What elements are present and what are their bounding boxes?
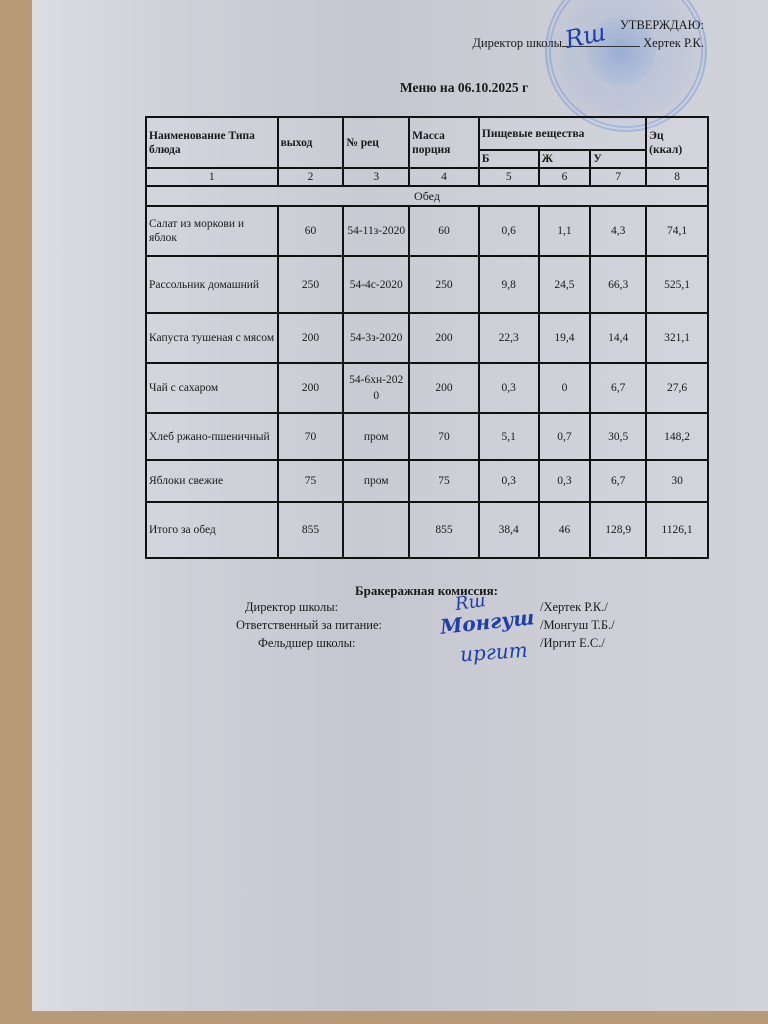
- cell-recipe: пром: [343, 413, 409, 460]
- column-number: 7: [590, 168, 646, 186]
- cell-fat: 19,4: [539, 313, 591, 363]
- cell-name: Хлеб ржано-пшеничный: [146, 413, 278, 460]
- member-role: Ответственный за питание:: [236, 618, 382, 633]
- cell-output: 200: [278, 313, 344, 363]
- total-carbs: 128,9: [590, 502, 646, 558]
- cell-output: 60: [278, 206, 344, 256]
- table-row: Хлеб ржано-пшеничный70пром705,10,730,514…: [146, 413, 708, 460]
- section-row: Обед: [146, 186, 708, 206]
- cell-fat: 0: [539, 363, 591, 413]
- total-recipe: [343, 502, 409, 558]
- medic-signature: иргит: [459, 638, 528, 667]
- cell-carbs: 66,3: [590, 256, 646, 313]
- header-energy-top: Эц: [649, 130, 663, 142]
- column-number: 5: [479, 168, 539, 186]
- cell-recipe: 54-6хн-2020: [343, 363, 409, 413]
- member-role: Фельдшер школы:: [258, 636, 356, 651]
- member-role: Директор школы:: [245, 600, 338, 615]
- column-number: 8: [646, 168, 708, 186]
- cell-output: 75: [278, 460, 344, 502]
- header-carbs: У: [590, 150, 646, 168]
- cell-recipe: 54-4с-2020: [343, 256, 409, 313]
- table-row: Капуста тушеная с мясом20054-3з-20202002…: [146, 313, 708, 363]
- header-protein: Б: [479, 150, 539, 168]
- header-energy: Эц(ккал): [646, 117, 708, 168]
- section-label: Обед: [146, 186, 708, 206]
- cell-energy: 321,1: [646, 313, 708, 363]
- cell-name: Салат из моркови и яблок: [146, 206, 278, 256]
- cell-energy: 148,2: [646, 413, 708, 460]
- column-number: 6: [539, 168, 591, 186]
- cell-carbs: 14,4: [590, 313, 646, 363]
- cell-carbs: 4,3: [590, 206, 646, 256]
- cell-protein: 22,3: [479, 313, 539, 363]
- cell-mass: 75: [409, 460, 479, 502]
- cell-output: 70: [278, 413, 344, 460]
- cell-energy: 525,1: [646, 256, 708, 313]
- total-mass: 855: [409, 502, 479, 558]
- cell-name: Чай с сахаром: [146, 363, 278, 413]
- cell-energy: 27,6: [646, 363, 708, 413]
- cell-mass: 60: [409, 206, 479, 256]
- header-recipe: № рец: [343, 117, 409, 168]
- header-mass: Масса порция: [409, 117, 479, 168]
- total-row: Итого за обед 855 855 38,4 46 128,9 1126…: [146, 502, 708, 558]
- cell-protein: 0,3: [479, 460, 539, 502]
- column-number: 2: [278, 168, 344, 186]
- approval-position: Директор школы: [472, 36, 562, 50]
- total-output: 855: [278, 502, 344, 558]
- cell-protein: 0,3: [479, 363, 539, 413]
- menu-table: Наименование Типа блюда выход № рец Масс…: [145, 116, 709, 559]
- member-name: /Хертек Р.К./: [540, 600, 608, 615]
- cell-recipe: пром: [343, 460, 409, 502]
- cell-name: Рассольник домашний: [146, 256, 278, 313]
- header-energy-bottom: (ккал): [649, 144, 682, 156]
- header-output: выход: [278, 117, 344, 168]
- cell-fat: 24,5: [539, 256, 591, 313]
- column-number: 4: [409, 168, 479, 186]
- page-title: Меню на 06.10.2025 г: [0, 80, 768, 96]
- cell-carbs: 6,7: [590, 363, 646, 413]
- cell-energy: 30: [646, 460, 708, 502]
- cell-carbs: 6,7: [590, 460, 646, 502]
- cell-mass: 200: [409, 313, 479, 363]
- table-row: Салат из моркови и яблок6054-11з-2020600…: [146, 206, 708, 256]
- member-name: /Иргит Е.С./: [540, 636, 605, 651]
- cell-carbs: 30,5: [590, 413, 646, 460]
- column-number: 1: [146, 168, 278, 186]
- table-row: Яблоки свежие75пром750,30,36,730: [146, 460, 708, 502]
- cell-protein: 0,6: [479, 206, 539, 256]
- cell-protein: 9,8: [479, 256, 539, 313]
- total-protein: 38,4: [479, 502, 539, 558]
- table-row: Рассольник домашний25054-4с-20202509,824…: [146, 256, 708, 313]
- cell-recipe: 54-3з-2020: [343, 313, 409, 363]
- header-row: Наименование Типа блюда выход № рец Масс…: [146, 117, 708, 150]
- cell-mass: 200: [409, 363, 479, 413]
- cell-mass: 250: [409, 256, 479, 313]
- cell-name: Яблоки свежие: [146, 460, 278, 502]
- member-name: /Монгуш Т.Б./: [540, 618, 615, 633]
- cell-fat: 1,1: [539, 206, 591, 256]
- column-number-row: 1 2 3 4 5 6 7 8: [146, 168, 708, 186]
- header-name: Наименование Типа блюда: [146, 117, 278, 168]
- table-row: Чай с сахаром20054-6хн-20202000,306,727,…: [146, 363, 708, 413]
- cell-fat: 0,3: [539, 460, 591, 502]
- cell-recipe: 54-11з-2020: [343, 206, 409, 256]
- header-fat: Ж: [539, 150, 591, 168]
- cell-mass: 70: [409, 413, 479, 460]
- cell-protein: 5,1: [479, 413, 539, 460]
- total-fat: 46: [539, 502, 591, 558]
- total-label: Итого за обед: [146, 502, 278, 558]
- total-energy: 1126,1: [646, 502, 708, 558]
- cell-name: Капуста тушеная с мясом: [146, 313, 278, 363]
- cell-output: 200: [278, 363, 344, 413]
- cell-energy: 74,1: [646, 206, 708, 256]
- column-number: 3: [343, 168, 409, 186]
- cell-output: 250: [278, 256, 344, 313]
- dish-rows: Салат из моркови и яблок6054-11з-2020600…: [146, 206, 708, 502]
- cell-fat: 0,7: [539, 413, 591, 460]
- header-nutrients: Пищевые вещества: [479, 117, 646, 150]
- approval-name: Хертек Р.К.: [643, 36, 704, 50]
